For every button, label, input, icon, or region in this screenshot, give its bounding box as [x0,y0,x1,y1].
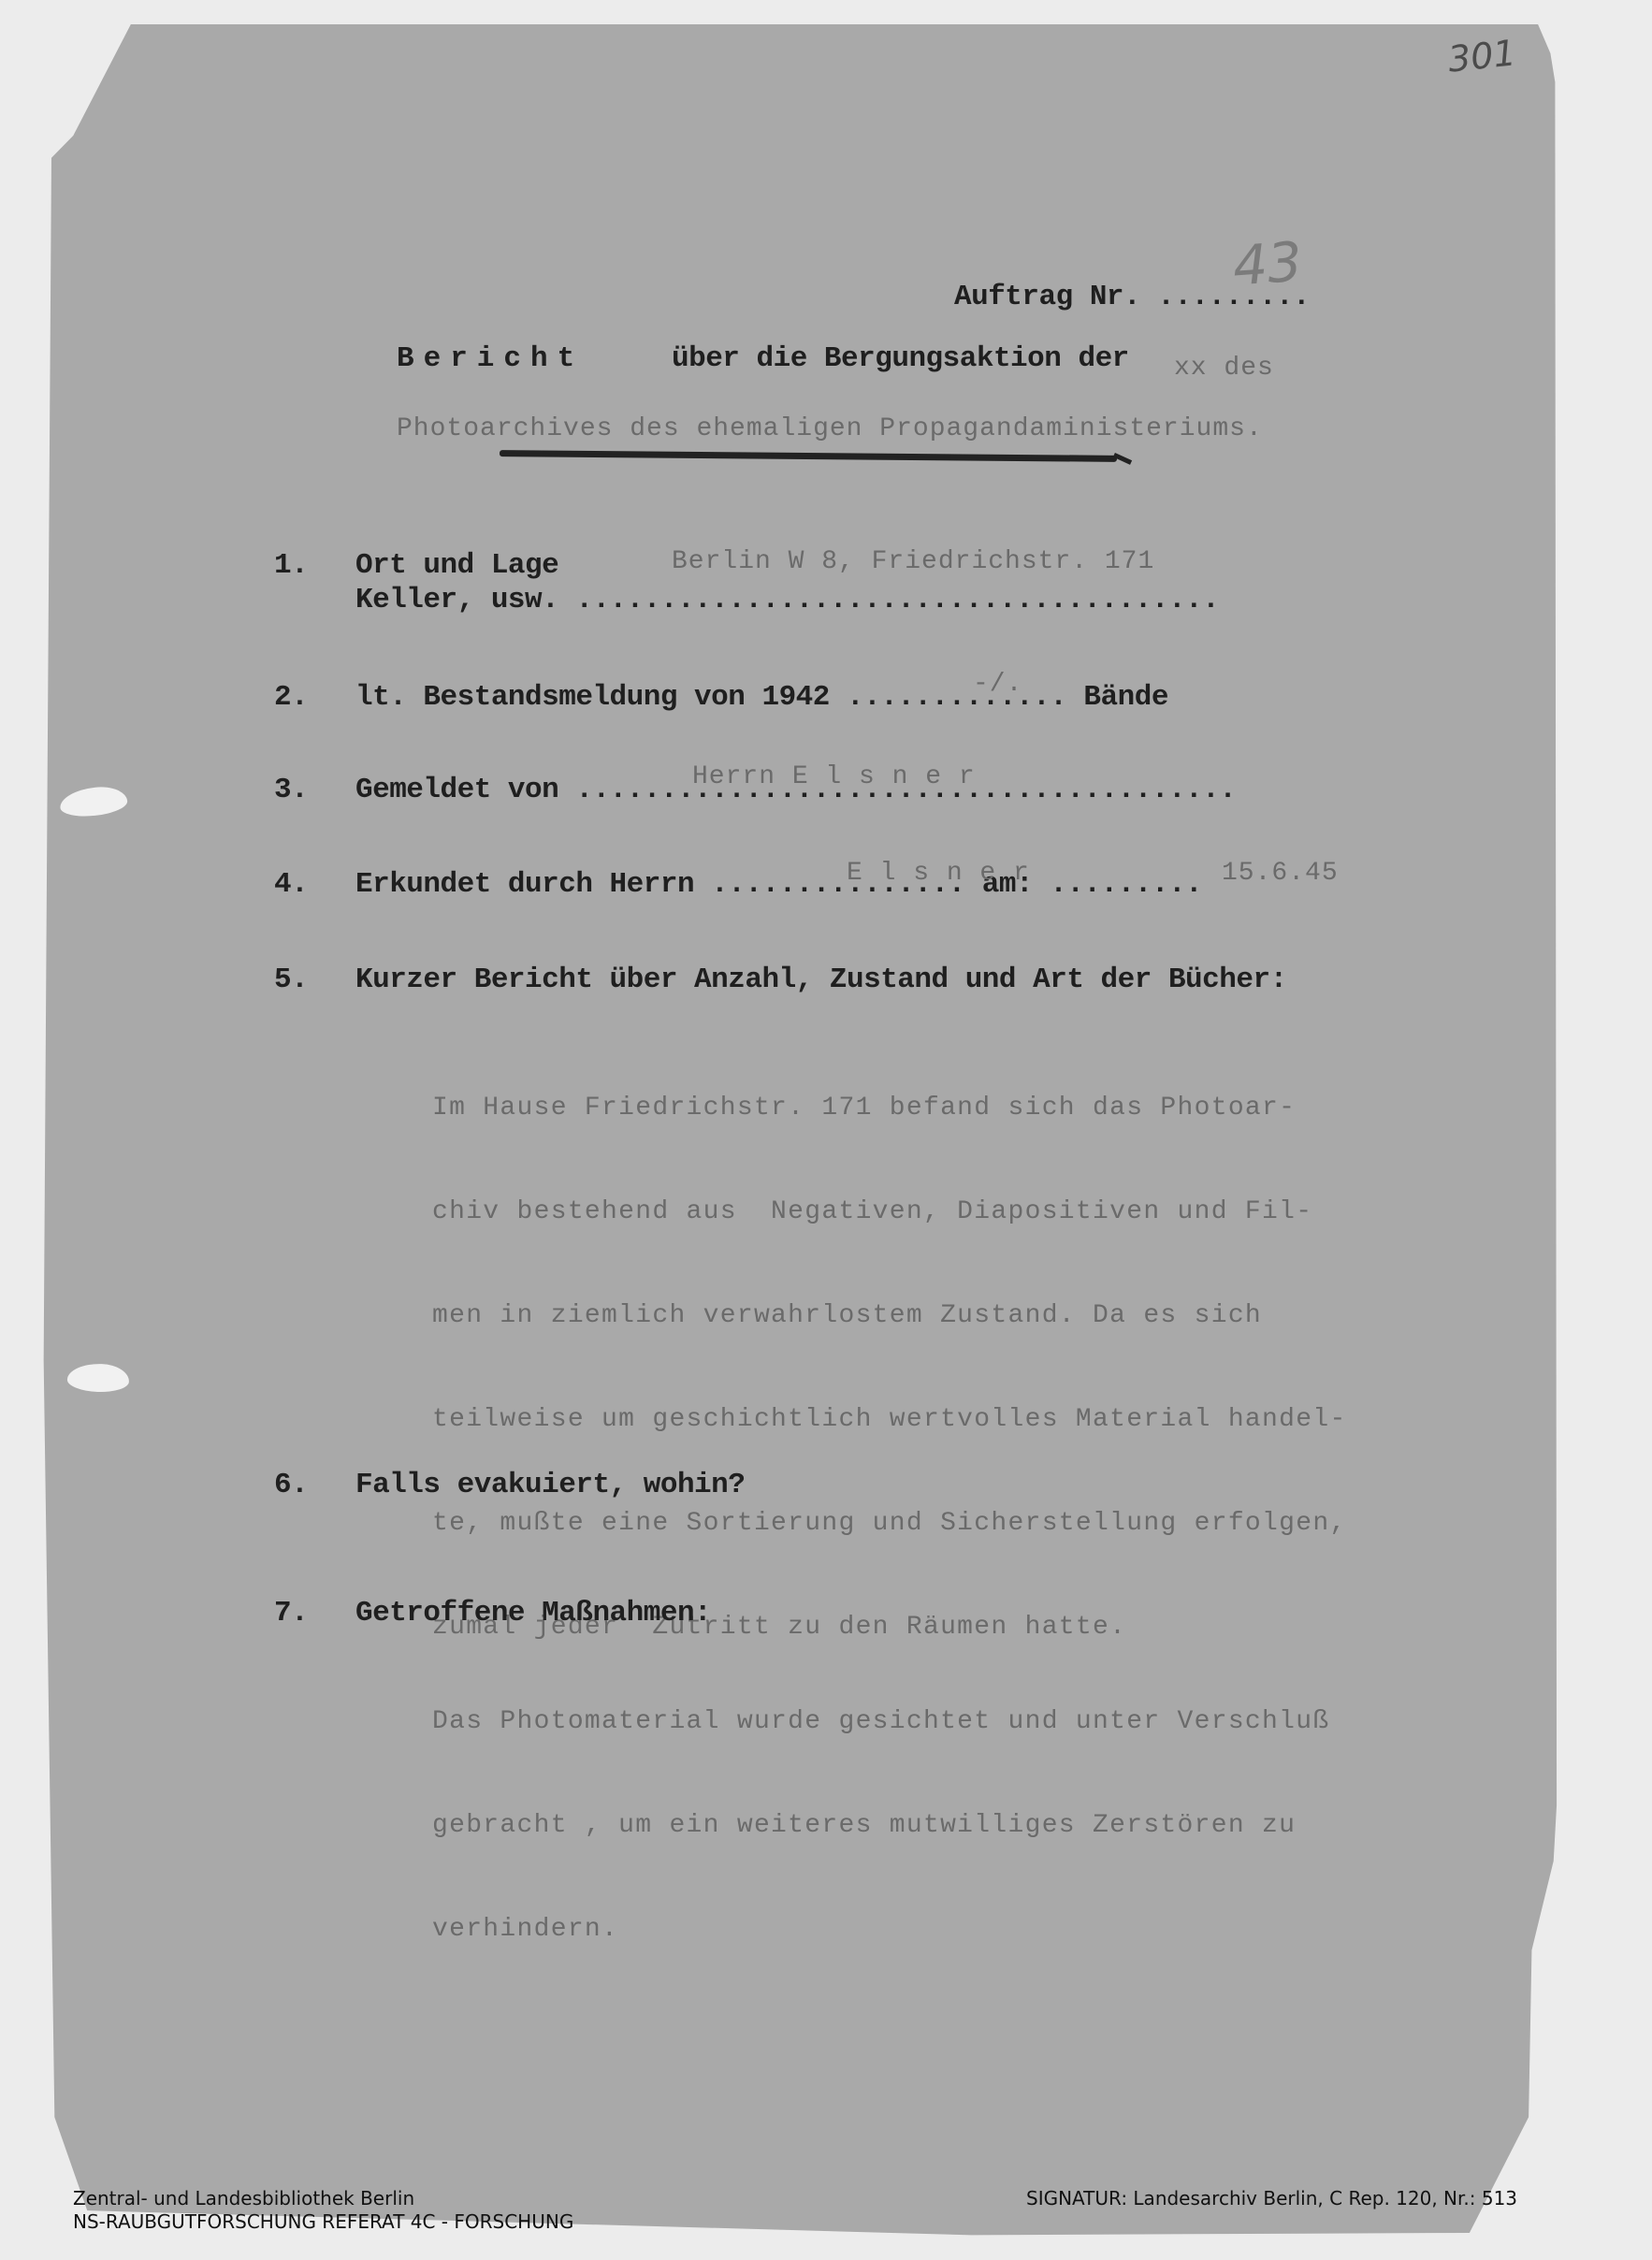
report-line: Im Hause Friedrichstr. 171 befand sich d… [432,1091,1347,1125]
library-name: Zentral- und Landesbibliothek Berlin [73,2187,573,2210]
item-4-label: Erkundet durch Herrn ............... am:… [355,868,1202,901]
department-name: NS-RAUBGUTFORSCHUNG REFERAT 4C - FORSCHU… [73,2210,573,2234]
item-5-label: Kurzer Bericht über Anzahl, Zustand und … [355,963,1287,996]
report-line: te, mußte eine Sortierung und Sicherstel… [432,1506,1347,1541]
item-2-label: lt. Bestandsmeldung von 1942 ...........… [355,681,1168,714]
item-number-3: 3. [274,774,308,806]
item-5-report: Im Hause Friedrichstr. 171 befand sich d… [432,1021,1347,1679]
measures-line: Das Photomaterial wurde gesichtet und un… [432,1704,1329,1739]
item-4-name-value: E l s n e r [847,859,1030,888]
item-2-value: -/. [973,670,1022,699]
item-6-label: Falls evakuiert, wohin? [355,1469,745,1501]
report-line: men in ziemlich verwahrlostem Zustand. D… [432,1298,1347,1333]
item-number-6: 6. [274,1469,308,1501]
item-7-label: Getroffene Maßnahmen: [355,1597,711,1630]
order-label: Auftrag Nr. ......... [954,281,1310,313]
folio-number: 301 [1446,32,1518,80]
item-number-2: 2. [274,681,308,714]
title-rest: über die Bergungsaktion der [672,342,1129,375]
report-line: chiv bestehend aus Negativen, Diapositiv… [432,1195,1347,1229]
item-number-4: 4. [274,868,308,901]
item-3-value: Herrn E l s n e r [692,762,976,791]
item-1-label-line2: Keller, usw. ...........................… [355,584,1219,616]
item-number-1: 1. [274,549,308,582]
item-7-measures: Das Photomaterial wurde gesichtet und un… [432,1635,1329,1981]
item-1-label: Ort und Lage [355,549,558,582]
title-spaced: Bericht [397,342,584,375]
item-1-value: Berlin W 8, Friedrichstr. 171 [672,547,1154,576]
item-number-5: 5. [274,963,308,996]
title-line2: Photoarchives des ehemaligen Propagandam… [397,414,1263,443]
measures-line: gebracht , um ein weiteres mutwilliges Z… [432,1808,1329,1843]
archive-signature: SIGNATUR: Landesarchiv Berlin, C Rep. 12… [1026,2187,1517,2210]
item-number-7: 7. [274,1597,308,1630]
item-4-date-value: 15.6.45 [1222,859,1339,888]
measures-line: verhindern. [432,1912,1329,1947]
library-footer: Zentral- und Landesbibliothek Berlin NS-… [73,2187,573,2234]
report-line: teilweise um geschichtlich wertvolles Ma… [432,1402,1347,1437]
title-struck-overlay: xx des [1174,354,1274,383]
